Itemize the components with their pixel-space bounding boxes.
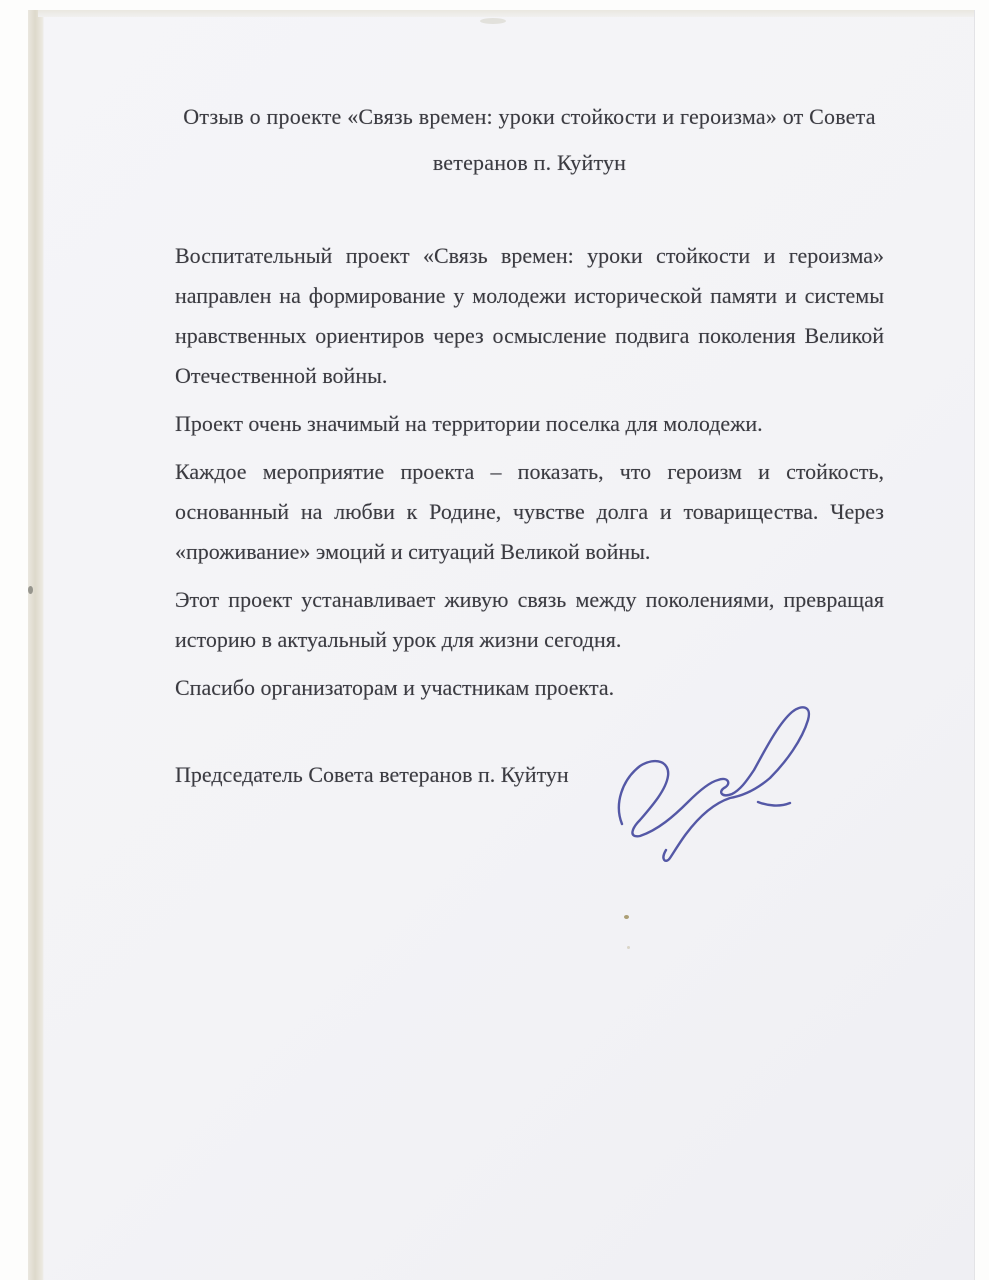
signer-title: Председатель Совета ветеранов п. Куйтун <box>175 762 569 787</box>
title-line-1: Отзыв о проекте «Связь времен: уроки сто… <box>175 94 884 140</box>
paper-speck <box>624 915 629 919</box>
paper-smudge <box>480 18 506 24</box>
title-line-2: ветеранов п. Куйтун <box>175 140 884 186</box>
paragraph-generations: Этот проект устанавливает живую связь ме… <box>175 580 884 660</box>
document-body: Отзыв о проекте «Связь времен: уроки сто… <box>28 10 974 795</box>
paragraph-project-purpose: Воспитательный проект «Связь времен: уро… <box>175 236 884 396</box>
signature-image <box>606 696 834 880</box>
scanned-document: Отзыв о проекте «Связь времен: уроки сто… <box>0 0 989 1280</box>
paper-speck <box>627 946 630 949</box>
paragraph-significance: Проект очень значимый на территории посе… <box>175 404 884 444</box>
paragraph-events: Каждое мероприятие проекта – показать, ч… <box>175 452 884 572</box>
paper-sheet: Отзыв о проекте «Связь времен: уроки сто… <box>28 10 975 1280</box>
document-title: Отзыв о проекте «Связь времен: уроки сто… <box>175 94 884 186</box>
signature-dash <box>758 802 790 806</box>
paper-speck <box>28 586 33 594</box>
